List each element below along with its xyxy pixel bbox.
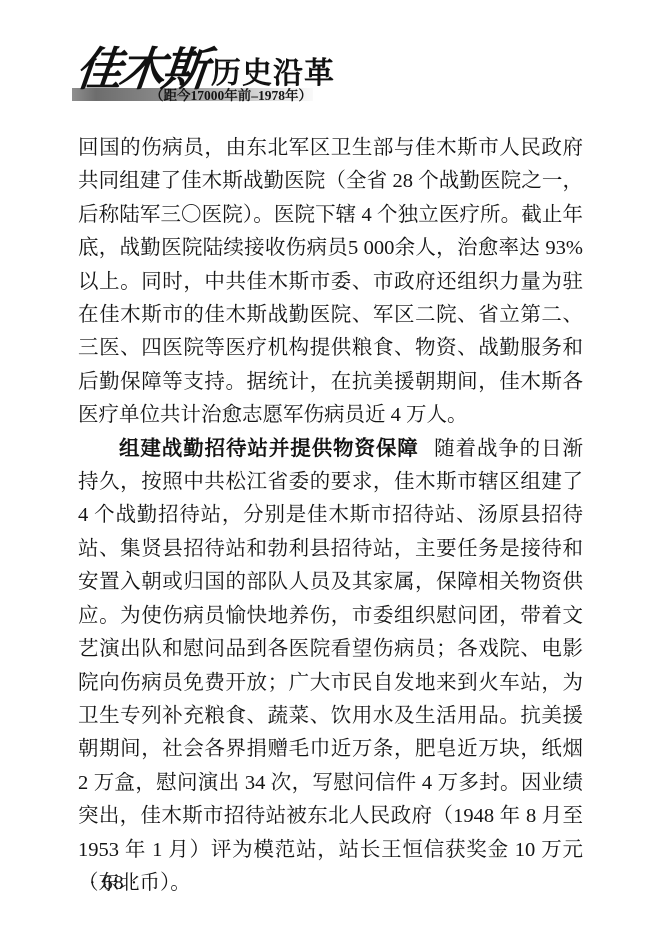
page-body: 回国的伤病员，由东北军区卫生部与佳木斯市人民政府共同组建了佳木斯战勤医院（全省 … bbox=[78, 132, 583, 900]
page-number: · 68 · bbox=[89, 872, 138, 895]
paragraph-text: 随着战争的日渐持久，按照中共松江省委的要求，佳木斯市辖区组建了 4 个战勤招待站… bbox=[78, 438, 583, 894]
paragraph: 组建战勤招待站并提供物资保障随着战争的日渐持久，按照中共松江省委的要求，佳木斯市… bbox=[78, 433, 583, 901]
brand-row: 佳木斯 历史沿革 bbox=[76, 46, 335, 92]
page-header: 佳木斯 历史沿革 （距今17000年前–1978年） bbox=[76, 46, 335, 92]
brand-calligraphy: 佳木斯 bbox=[74, 46, 208, 92]
paragraph-run-in-heading: 组建战勤招待站并提供物资保障 bbox=[119, 438, 419, 460]
brand-title: 历史沿革 bbox=[211, 59, 335, 92]
paragraph-continuation: 回国的伤病员，由东北军区卫生部与佳木斯市人民政府共同组建了佳木斯战勤医院（全省 … bbox=[78, 132, 583, 433]
book-page: 佳木斯 历史沿革 （距今17000年前–1978年） 回国的伤病员，由东北军区卫… bbox=[0, 0, 661, 945]
